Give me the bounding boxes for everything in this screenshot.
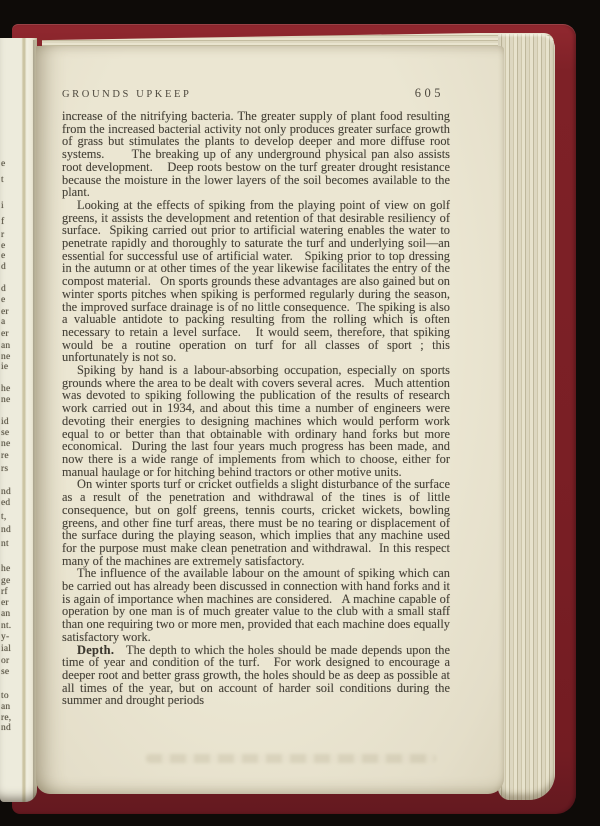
book-page: GROUNDS UPKEEP 605 increase of the nitri…: [36, 46, 504, 794]
text-fragment: e: [1, 252, 5, 262]
text-fragment: ial: [1, 645, 11, 655]
text-fragment: d: [1, 263, 6, 273]
text-fragment: t,: [1, 513, 6, 523]
text-fragment: d: [1, 285, 6, 295]
text-fragment: t: [1, 176, 4, 186]
paragraph-depth: Depth. The depth to which the holes shou…: [62, 644, 450, 708]
text-fragment: ge: [1, 577, 10, 587]
text-fragment: e: [1, 160, 5, 170]
text-fragment: ne: [1, 440, 10, 450]
text-fragment: rf: [1, 588, 8, 598]
page-content: GROUNDS UPKEEP 605 increase of the nitri…: [62, 86, 450, 707]
page-number: 605: [415, 86, 450, 101]
paragraph: Spiking by hand is a labour-absorbing oc…: [62, 364, 450, 478]
text-fragment: er: [1, 330, 9, 340]
text-fragment: ie: [1, 363, 8, 373]
text-fragment: an: [1, 703, 10, 713]
text-fragment: nd: [1, 488, 11, 498]
text-fragment: to: [1, 692, 9, 702]
text-fragment: r: [1, 231, 4, 241]
paragraph: Looking at the effects of spiking from t…: [62, 199, 450, 364]
text-fragment: he: [1, 385, 10, 395]
text-fragment: y-: [1, 633, 9, 643]
text-fragment: an: [1, 610, 10, 620]
text-fragment: he: [1, 565, 10, 575]
text-fragment: i: [1, 202, 4, 212]
text-fragment: nd: [1, 724, 11, 734]
show-through-smudge: [146, 754, 436, 763]
text-fragment: nt: [1, 540, 9, 550]
paragraph-text: The depth to which the holes should be m…: [62, 643, 453, 708]
paragraph: On winter sports turf or cricket outfiel…: [62, 478, 450, 567]
text-fragment: id: [1, 418, 9, 428]
text-fragment: rs: [1, 465, 8, 475]
page-edges-right: [498, 34, 555, 800]
text-fragment: or: [1, 657, 9, 667]
running-head: GROUNDS UPKEEP: [62, 89, 191, 100]
text-fragment: se: [1, 429, 9, 439]
text-fragment: ed: [1, 499, 10, 509]
text-fragment: re: [1, 452, 9, 462]
text-fragment: ne: [1, 396, 10, 406]
page-header: GROUNDS UPKEEP 605: [62, 86, 450, 101]
text-fragment: e: [1, 296, 5, 306]
book-photograph: etifreeddeeraeranneieheneidsenerersndedt…: [0, 0, 600, 826]
text-fragment: nt.: [1, 622, 11, 632]
text-fragment: nd: [1, 526, 11, 536]
paragraph: The influence of the available labour on…: [62, 567, 450, 643]
text-fragment: er: [1, 599, 9, 609]
text-fragment: an: [1, 342, 10, 352]
text-fragment: f: [1, 218, 4, 228]
text-fragment: a: [1, 318, 5, 328]
page-body: increase of the nitrifying bacteria. The…: [62, 110, 450, 707]
text-fragment: se: [1, 668, 9, 678]
paragraph: increase of the nitrifying bacteria. The…: [62, 110, 450, 199]
